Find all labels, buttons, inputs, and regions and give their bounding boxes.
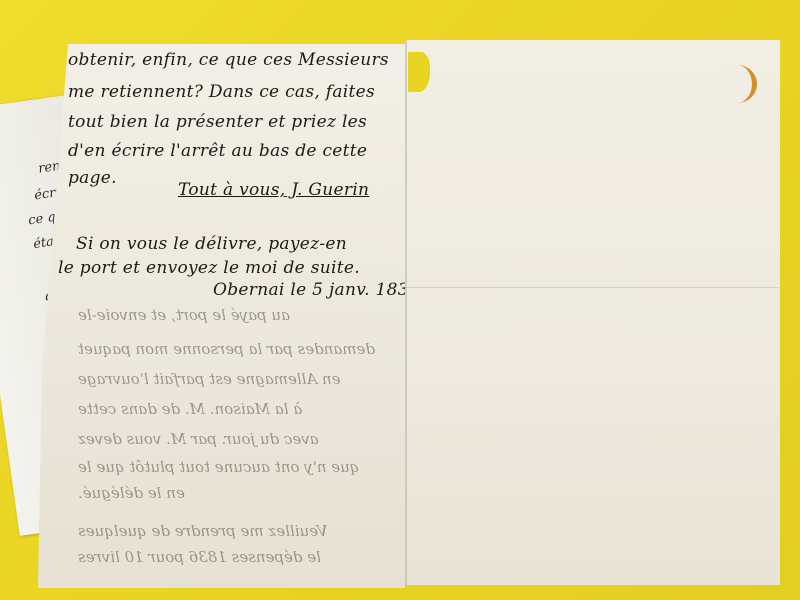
torn-corner <box>408 52 430 92</box>
horizontal-fold <box>405 287 780 288</box>
bleed-through-text: Veuillez me prendre de quelques <box>78 522 328 540</box>
bleed-through-text: en le délégué. <box>78 484 185 502</box>
letter-line: me retiennent? Dans ce cas, faites <box>68 82 375 102</box>
letter-line: d'en écrire l'arrêt au bas de cette <box>68 141 367 161</box>
bleed-through-text: que n'y ont aucune tout plutôt que le <box>78 458 359 476</box>
letter-page-blank <box>405 40 780 585</box>
letter-closing-signature: Tout à vous, J. Guerin <box>178 180 369 200</box>
letter-page-written: obtenir, enfin, ce que ces Messieurs me … <box>38 44 405 588</box>
bleed-through-text: avec du jour. par M. vous devez <box>78 430 319 448</box>
bleed-through-text: le dépenses 1836 pour 10 livres <box>78 548 321 566</box>
bleed-through-text: en Allemagne est parfait l'ouvrage <box>78 370 341 388</box>
postscript-line: Si on vous le délivre, payez-en <box>76 234 347 254</box>
letter-dateline: Obernai le 5 janv. 1836. <box>213 280 426 300</box>
center-fold <box>405 40 407 585</box>
letter-line: tout bien la présenter et priez les <box>68 112 367 132</box>
bleed-through-text: à la Maison. M. de dans cette <box>78 400 302 418</box>
wax-seal-remnant <box>718 65 757 103</box>
bleed-through-text: au payé le port, et envoie-le <box>78 306 290 324</box>
letter-bifolium: obtenir, enfin, ce que ces Messieurs me … <box>38 40 780 588</box>
letter-line: obtenir, enfin, ce que ces Messieurs <box>68 50 389 70</box>
postscript-line: le port et envoyez le moi de suite. <box>58 258 360 278</box>
bleed-through-text: demandes par la personne mon paquet <box>78 340 375 358</box>
letter-line: page. <box>68 168 117 188</box>
